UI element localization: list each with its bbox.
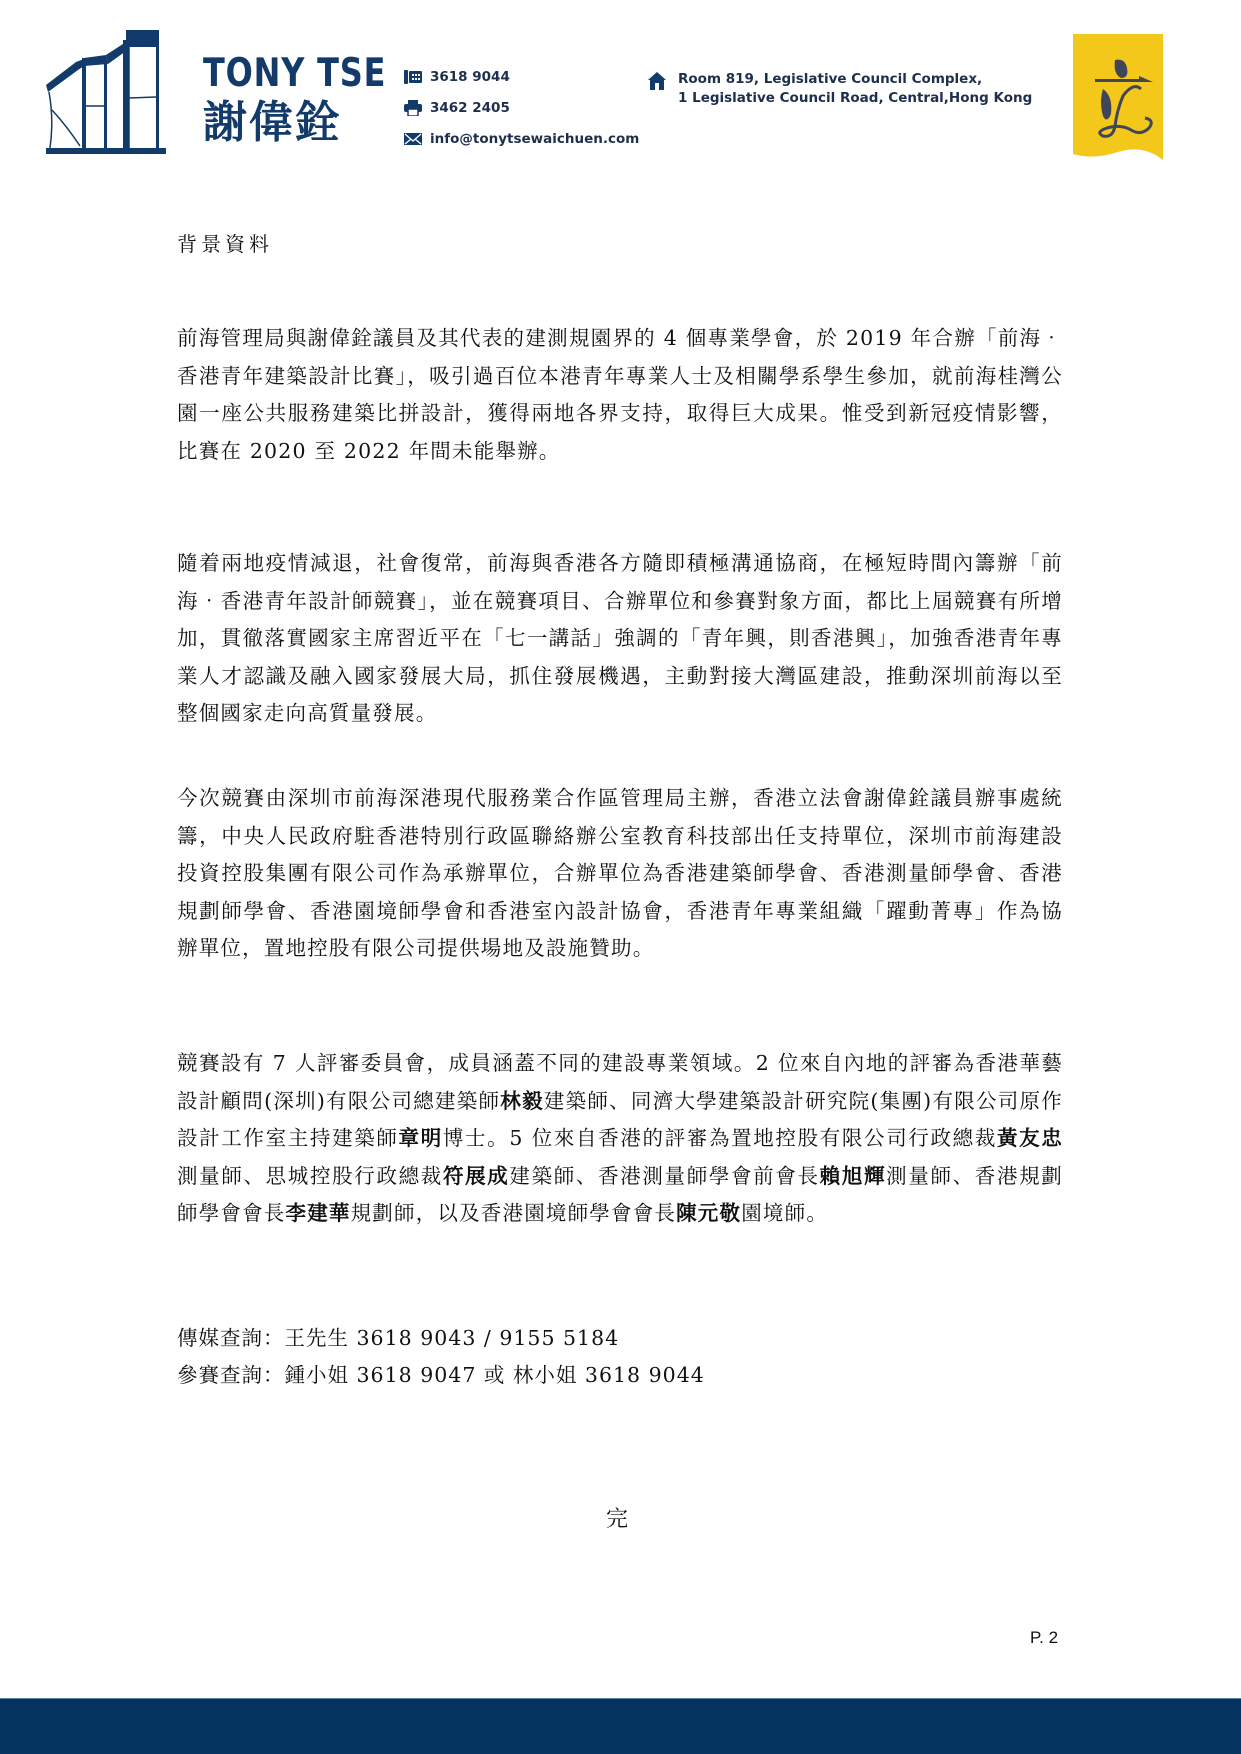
phone-number: 3618 9044: [430, 69, 510, 85]
fax-icon: [404, 100, 422, 116]
judge-name: 賴旭輝: [820, 1164, 886, 1188]
judge-name: 符展成: [443, 1164, 509, 1188]
fax-number: 3462 2405: [430, 100, 510, 116]
paragraph-text: 前海管理局與謝偉銓議員及其代表的建測規園界的 4 個專業學會，於 2019 年合…: [177, 326, 1063, 463]
paragraph-text: 規劃師，以及香港園境師學會會長: [351, 1201, 677, 1225]
end-mark: 完: [606, 1502, 628, 1533]
email-icon: [404, 131, 422, 147]
brand-name-en: TONY TSE: [203, 52, 386, 96]
contact-phone: 3618 9044: [404, 66, 639, 88]
judge-name: 陳元敬: [676, 1201, 741, 1225]
legco-logo-icon: [1073, 34, 1163, 170]
footer-bar: [0, 1698, 1241, 1754]
contact-list: 3618 9044 3462 2405 info@tonytsewaichuen…: [404, 66, 639, 159]
media-enquiry: 傳媒查詢：王先生 3618 9043 / 9155 5184: [177, 1320, 619, 1356]
section-heading: 背景資料: [177, 228, 273, 257]
address-line-1: Room 819, Legislative Council Complex,: [678, 70, 1032, 89]
judge-name: 章明: [399, 1126, 443, 1150]
brand-name-zh: 謝偉銓: [203, 98, 427, 148]
paragraph-text: 隨着兩地疫情減退，社會復常，前海與香港各方隨即積極溝通協商，在極短時間內籌辦「前…: [177, 551, 1063, 725]
brand-name: TONY TSE 謝偉銓: [203, 52, 427, 148]
address-line-2: 1 Legislative Council Road, Central,Hong…: [678, 89, 1032, 108]
paragraph-2: 隨着兩地疫情減退，社會復常，前海與香港各方隨即積極溝通協商，在極短時間內籌辦「前…: [177, 545, 1063, 733]
paragraph-text: 園境師。: [741, 1201, 828, 1225]
judge-name: 李建華: [286, 1201, 351, 1225]
paragraph-3: 今次競賽由深圳市前海深港現代服務業合作區管理局主辦，香港立法會謝偉銓議員辦事處統…: [177, 780, 1063, 968]
judge-name: 林毅: [500, 1089, 544, 1113]
paragraph-text: 今次競賽由深圳市前海深港現代服務業合作區管理局主辦，香港立法會謝偉銓議員辦事處統…: [177, 786, 1063, 960]
contact-fax: 3462 2405: [404, 97, 639, 119]
contact-email: info@tonytsewaichuen.com: [404, 128, 639, 150]
email-address[interactable]: info@tonytsewaichuen.com: [430, 131, 639, 147]
paragraph-text: 建築師、香港測量師學會前會長: [509, 1164, 819, 1188]
participant-enquiry: 參賽查詢：鍾小姐 3618 9047 或 林小姐 3618 9044: [177, 1357, 705, 1393]
paragraph-1: 前海管理局與謝偉銓議員及其代表的建測規園界的 4 個專業學會，於 2019 年合…: [177, 320, 1063, 470]
paragraph-4-judges: 競賽設有 7 人評審委員會，成員涵蓋不同的建設專業領域。2 位來自內地的評審為香…: [177, 1045, 1063, 1233]
office-address: Room 819, Legislative Council Complex, 1…: [648, 70, 1032, 108]
paragraph-text: 測量師、思城控股行政總裁: [177, 1164, 443, 1188]
judge-name: 黃友忠: [997, 1126, 1063, 1150]
phone-icon: [404, 69, 422, 85]
paragraph-text: 博士。5 位來自香港的評審為置地控股有限公司行政總裁: [443, 1126, 997, 1150]
letterhead: TONY TSE 謝偉銓 3618 9044 3462 2405: [0, 0, 1241, 180]
home-icon: [648, 72, 666, 90]
building-logo-icon: [46, 30, 166, 154]
page-number: P. 2: [1030, 1628, 1058, 1648]
